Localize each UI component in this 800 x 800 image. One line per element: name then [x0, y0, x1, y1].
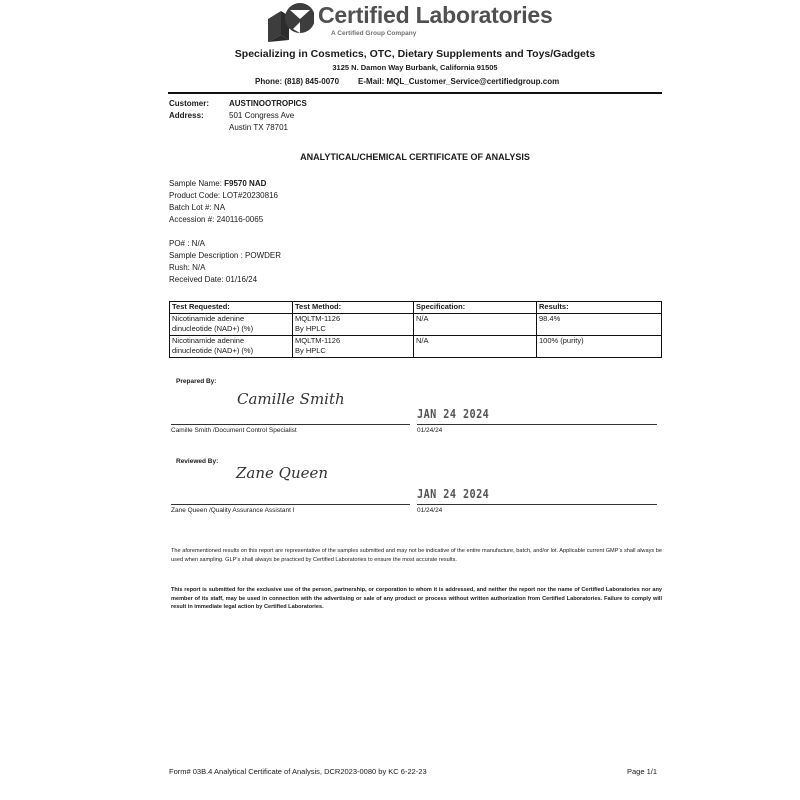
- results-table: Test Requested: Test Method: Specificati…: [169, 301, 662, 358]
- cube-logo-icon: [268, 2, 314, 42]
- reviewed-date-stamp: JAN 24 2024: [417, 487, 489, 501]
- col-specification: Specification:: [414, 302, 537, 314]
- usage-disclaimer: This report is submitted for the exclusi…: [171, 586, 662, 612]
- sample-description: Sample Description : POWDER: [169, 251, 281, 260]
- customer-address-line1: 501 Congress Ave: [229, 111, 294, 120]
- received-date: Received Date: 01/16/24: [169, 275, 257, 284]
- prepared-date-stamp: JAN 24 2024: [417, 407, 489, 421]
- prepared-by-label: Prepared By:: [176, 378, 216, 385]
- prepared-signature-line: [171, 424, 410, 425]
- prepared-name-title: Camille Smith /Document Control Speciali…: [171, 427, 297, 434]
- batch-lot: Batch Lot #: NA: [169, 203, 225, 212]
- col-test-requested: Test Requested:: [170, 302, 293, 314]
- prepared-date-line: [417, 424, 657, 425]
- specification-cell: N/A: [414, 335, 537, 357]
- results-disclaimer: The aforementioned results on this repor…: [171, 547, 662, 564]
- contact-line: Phone: (818) 845-0070E-Mail: MQL_Custome…: [255, 77, 559, 86]
- specialization-line: Specializing in Cosmetics, OTC, Dietary …: [0, 48, 800, 60]
- lab-address: 3125 N. Damon Way Burbank, California 91…: [0, 63, 800, 72]
- document-title: ANALYTICAL/CHEMICAL CERTIFICATE OF ANALY…: [0, 152, 800, 162]
- col-results: Results:: [537, 302, 662, 314]
- col-test-method: Test Method:: [293, 302, 414, 314]
- test-requested-cell: Nicotinamide adeninedinucleotide (NAD+) …: [170, 335, 293, 357]
- reviewed-date: 01/24/24: [417, 507, 442, 514]
- prepared-signature: Camille Smith: [237, 390, 345, 408]
- specification-cell: N/A: [414, 313, 537, 335]
- email-link[interactable]: E-Mail: MQL_Customer_Service@certifiedgr…: [358, 77, 559, 86]
- table-row: Nicotinamide adeninedinucleotide (NAD+) …: [170, 335, 662, 357]
- reviewed-name-title: Zane Queen /Quality Assurance Assistant …: [171, 507, 295, 514]
- table-header-row: Test Requested: Test Method: Specificati…: [170, 302, 662, 314]
- form-reference: Form# 03B.4 Analytical Certificate of An…: [169, 767, 427, 776]
- phone: Phone: (818) 845-0070: [255, 77, 339, 86]
- reviewed-by-label: Reviewed By:: [176, 458, 218, 465]
- address-label: Address:: [169, 111, 204, 120]
- sample-name: Sample Name: F9570 NAD: [169, 179, 266, 188]
- accession-number: Accession #: 240116-0065: [169, 215, 263, 224]
- prepared-date: 01/24/24: [417, 427, 442, 434]
- header-divider: [168, 92, 662, 94]
- reviewed-date-line: [417, 504, 657, 505]
- test-method-cell: MQLTM-1126By HPLC: [293, 335, 414, 357]
- table-row: Nicotinamide adeninedinucleotide (NAD+) …: [170, 313, 662, 335]
- product-code: Product Code: LOT#20230816: [169, 191, 278, 200]
- brand-name: Certified Laboratories: [318, 2, 553, 29]
- result-cell: 98.4%: [537, 313, 662, 335]
- brand-tagline: A Certified Group Company: [331, 30, 416, 37]
- customer-address-line2: Austin TX 78701: [229, 123, 288, 132]
- sample-name-value: F9570 NAD: [224, 179, 266, 188]
- result-cell: 100% (purity): [537, 335, 662, 357]
- rush: Rush: N/A: [169, 263, 205, 272]
- test-requested-cell: Nicotinamide adeninedinucleotide (NAD+) …: [170, 313, 293, 335]
- reviewed-signature-line: [171, 504, 410, 505]
- po-number: PO# : N/A: [169, 239, 205, 248]
- page-number: Page 1/1: [627, 767, 657, 776]
- test-method-cell: MQLTM-1126By HPLC: [293, 313, 414, 335]
- reviewed-signature: Zane Queen: [236, 464, 328, 482]
- customer-label: Customer:: [169, 99, 209, 108]
- customer-value: AUSTINOOTROPICS: [229, 99, 307, 108]
